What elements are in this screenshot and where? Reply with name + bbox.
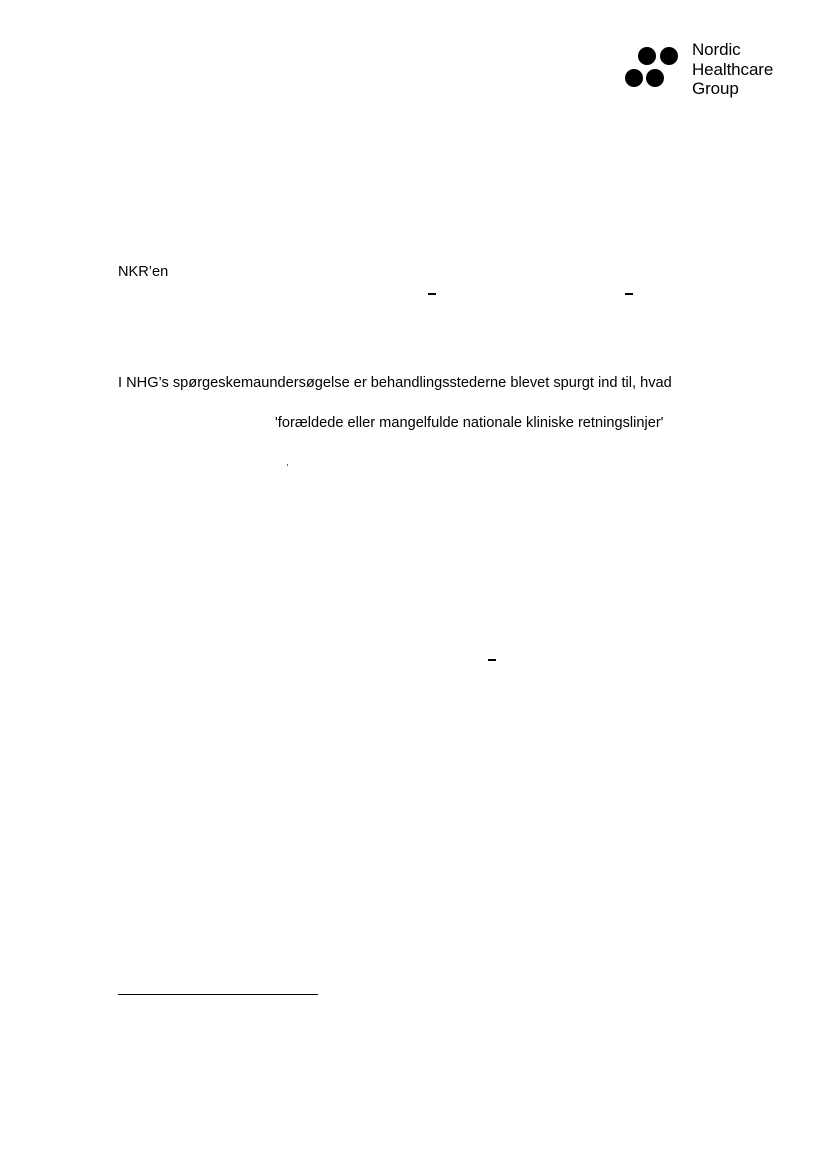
paragraph-3-dash: [488, 659, 496, 661]
four-dots-logo-icon: [622, 40, 678, 96]
logo-wordmark: Nordic Healthcare Group: [692, 40, 773, 99]
footnote-separator: [118, 994, 318, 995]
logo-dot: [660, 47, 678, 65]
logo-dot: [646, 69, 664, 87]
paragraph-1-fragment: NKR’en: [118, 263, 168, 281]
paragraph-2-quote: 'forældede eller mangelfulde nationale k…: [275, 414, 663, 432]
logo-line-2: Healthcare: [692, 60, 773, 80]
logo-line-3: Group: [692, 79, 773, 99]
nhg-logo: Nordic Healthcare Group: [622, 40, 797, 100]
paragraph-2-comma: ,: [286, 458, 289, 468]
paragraph-2-line-1: I NHG’s spørgeskemaundersøgelse er behan…: [118, 374, 672, 392]
paragraph-1-dash-2: [625, 293, 633, 295]
logo-line-1: Nordic: [692, 40, 773, 60]
logo-dot: [638, 47, 656, 65]
document-page: Nordic Healthcare Group NKR’en I NHG’s s…: [0, 0, 827, 1169]
paragraph-1-dash-1: [428, 293, 436, 295]
logo-dot: [625, 69, 643, 87]
